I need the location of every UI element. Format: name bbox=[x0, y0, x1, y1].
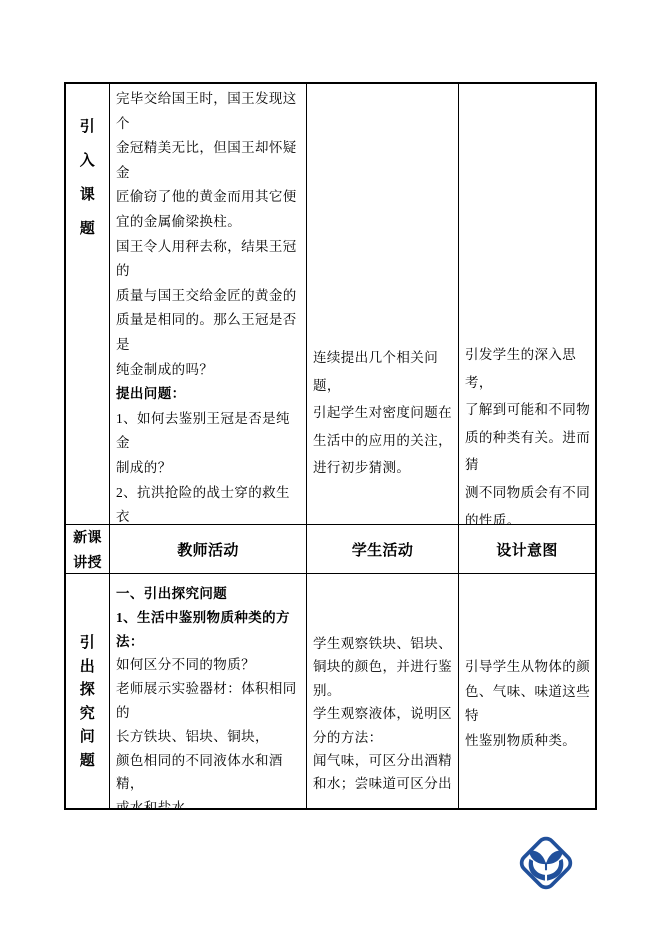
text-line: 2、抗洪抢险的战士穿的救生衣 bbox=[116, 481, 301, 526]
text-line: 宜的金属偷梁换柱。 bbox=[116, 210, 301, 235]
text-line: 引 bbox=[66, 110, 109, 144]
text-line: 课 bbox=[66, 178, 109, 212]
text-line: 讲授 bbox=[66, 551, 109, 574]
stage-label-explore: 引出探究问题 bbox=[66, 574, 110, 808]
text-line: 闻气味，可区分出酒精 bbox=[313, 749, 453, 772]
text-line: 铜块的颜色，并进行鉴 bbox=[313, 655, 453, 678]
text-line: 探 bbox=[66, 679, 109, 703]
text-line: 题 bbox=[66, 212, 109, 246]
text-line: 学生观察铁块、铝块、 bbox=[313, 632, 453, 655]
text-line: 性鉴别物质种类。 bbox=[465, 729, 591, 754]
text-line: 颜色相同的不同液体水和酒精， bbox=[116, 749, 301, 797]
text-line: 引发学生的深入思考， bbox=[465, 341, 591, 396]
text-line: 进行初步猜测。 bbox=[313, 454, 453, 482]
text-line: 提出问题： bbox=[116, 382, 301, 407]
text-line: 长方铁块、铝块、铜块， bbox=[116, 725, 301, 749]
text-line: 连续提出几个相关问题， bbox=[313, 344, 453, 399]
text-line: 老师展示实验器材：体积相同的 bbox=[116, 677, 301, 725]
text-line: 题 bbox=[66, 750, 109, 774]
intro-teacher-activity-cell: 完毕交给国王时，国王发现这个金冠精美无比，但国王却怀疑金匠偷窃了他的黄金而用其它… bbox=[110, 84, 307, 525]
text-line: 出 bbox=[66, 656, 109, 680]
text-line: 制成的？ bbox=[116, 456, 301, 481]
explore-design-intent-cell: 引导学生从物体的颜色、气味、味道这些特性鉴别物质种类。 bbox=[459, 574, 595, 808]
text-line: 别。 bbox=[313, 679, 453, 702]
stage-label-new-lesson: 新课讲授 bbox=[66, 525, 110, 574]
text-line: 纯金制成的吗？ bbox=[116, 358, 301, 383]
text-line: 生活中的应用的关注， bbox=[313, 427, 453, 455]
column-header-teacher-activity: 教师活动 bbox=[110, 525, 307, 574]
text-line: 国王令人用秤去称，结果王冠的 bbox=[116, 235, 301, 284]
column-header-student-activity: 学生活动 bbox=[307, 525, 459, 574]
text-line: 学生观察液体，说明区 bbox=[313, 702, 453, 725]
intro-student-activity-cell: 连续提出几个相关问题，引起学生对密度问题在生活中的应用的关注，进行初步猜测。 bbox=[307, 84, 459, 525]
text-line: 如何区分不同的物质？ bbox=[116, 653, 301, 677]
text-line: 测不同物质会有不同 bbox=[465, 479, 591, 507]
text-line: 究 bbox=[66, 703, 109, 727]
hands-sprout-logo bbox=[515, 832, 577, 894]
explore-student-activity-cell: 学生观察铁块、铝块、铜块的颜色，并进行鉴别。学生观察液体，说明区分的方法：闻气味… bbox=[307, 574, 459, 808]
lesson-plan-table: 引入课题 完毕交给国王时，国王发现这个金冠精美无比，但国王却怀疑金匠偷窃了他的黄… bbox=[64, 82, 597, 810]
text-line: 和水；尝味道可区分出 bbox=[313, 772, 453, 795]
column-header-student-activity-label: 学生活动 bbox=[352, 539, 414, 560]
text-line: 质量与国王交给金匠的黄金的 bbox=[116, 284, 301, 309]
text-line: 入 bbox=[66, 144, 109, 178]
text-line: 金冠精美无比，但国王却怀疑金 bbox=[116, 136, 301, 185]
text-line: 引 bbox=[66, 632, 109, 656]
text-line: 1、生活中鉴别物质种类的方法： bbox=[116, 606, 301, 654]
document-page: 引入课题 完毕交给国王时，国王发现这个金冠精美无比，但国王却怀疑金匠偷窃了他的黄… bbox=[0, 0, 661, 935]
explore-teacher-activity-cell: 一、引出探究问题1、生活中鉴别物质种类的方法：如何区分不同的物质？老师展示实验器… bbox=[110, 574, 307, 808]
text-line: 匠偷窃了他的黄金而用其它便 bbox=[116, 185, 301, 210]
text-line: 完毕交给国王时，国王发现这个 bbox=[116, 87, 301, 136]
text-line: 的性质。 bbox=[465, 507, 591, 525]
text-line: 新课 bbox=[66, 526, 109, 551]
text-line: 引起学生对密度问题在 bbox=[313, 399, 453, 427]
text-line: 质的种类有关。进而猜 bbox=[465, 424, 591, 479]
text-line: 了解到可能和不同物 bbox=[465, 396, 591, 424]
text-line: 或水和盐水。 bbox=[116, 796, 301, 808]
text-line: 色、气味、味道这些特 bbox=[465, 680, 591, 729]
column-header-design-intent-label: 设计意图 bbox=[496, 539, 558, 560]
text-line: 1、如何去鉴别王冠是否是纯金 bbox=[116, 407, 301, 456]
text-line: 质量是相同的。那么王冠是否是 bbox=[116, 308, 301, 357]
stage-label-intro: 引入课题 bbox=[66, 84, 110, 525]
intro-design-intent-cell: 引发学生的深入思考，了解到可能和不同物质的种类有关。进而猜测不同物质会有不同的性… bbox=[459, 84, 595, 525]
text-line: 引导学生从物体的颜 bbox=[465, 655, 591, 680]
text-line: 分的方法： bbox=[313, 726, 453, 749]
text-line: 问 bbox=[66, 726, 109, 750]
column-header-design-intent: 设计意图 bbox=[459, 525, 595, 574]
column-header-teacher-activity-label: 教师活动 bbox=[177, 539, 239, 560]
text-line: 一、引出探究问题 bbox=[116, 582, 301, 606]
